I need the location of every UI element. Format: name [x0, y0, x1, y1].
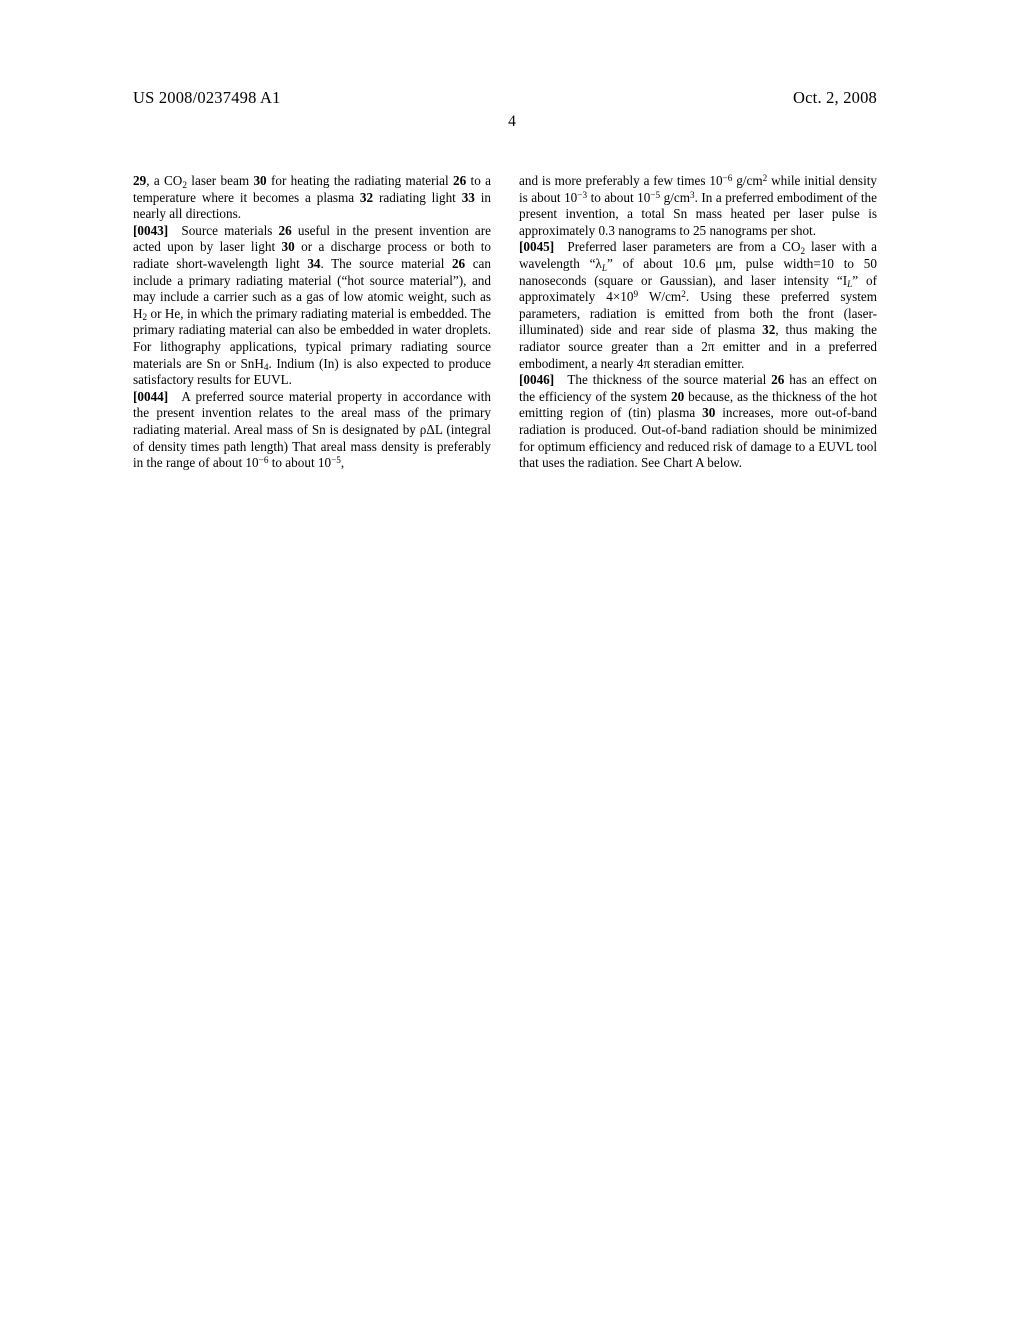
paragraph-0046: [0046] The thickness of the source mater… [519, 372, 877, 472]
publication-date: Oct. 2, 2008 [793, 88, 877, 108]
page-header: US 2008/0237498 A1 Oct. 2, 2008 [133, 88, 877, 108]
paragraph-0044: [0044] A preferred source material prope… [133, 389, 491, 472]
patent-page: US 2008/0237498 A1 Oct. 2, 2008 4 29, a … [0, 0, 1024, 1320]
right-column: and is more preferably a few times 10−6 … [519, 173, 877, 472]
page-number: 4 [0, 113, 1024, 131]
paragraph-0045: [0045] Preferred laser parameters are fr… [519, 239, 877, 372]
paragraph-continuation-left: 29, a CO2 laser beam 30 for heating the … [133, 173, 491, 223]
left-column: 29, a CO2 laser beam 30 for heating the … [133, 173, 491, 472]
paragraph-0043: [0043] Source materials 26 useful in the… [133, 223, 491, 389]
patent-number: US 2008/0237498 A1 [133, 88, 281, 108]
paragraph-continuation-right: and is more preferably a few times 10−6 … [519, 173, 877, 239]
